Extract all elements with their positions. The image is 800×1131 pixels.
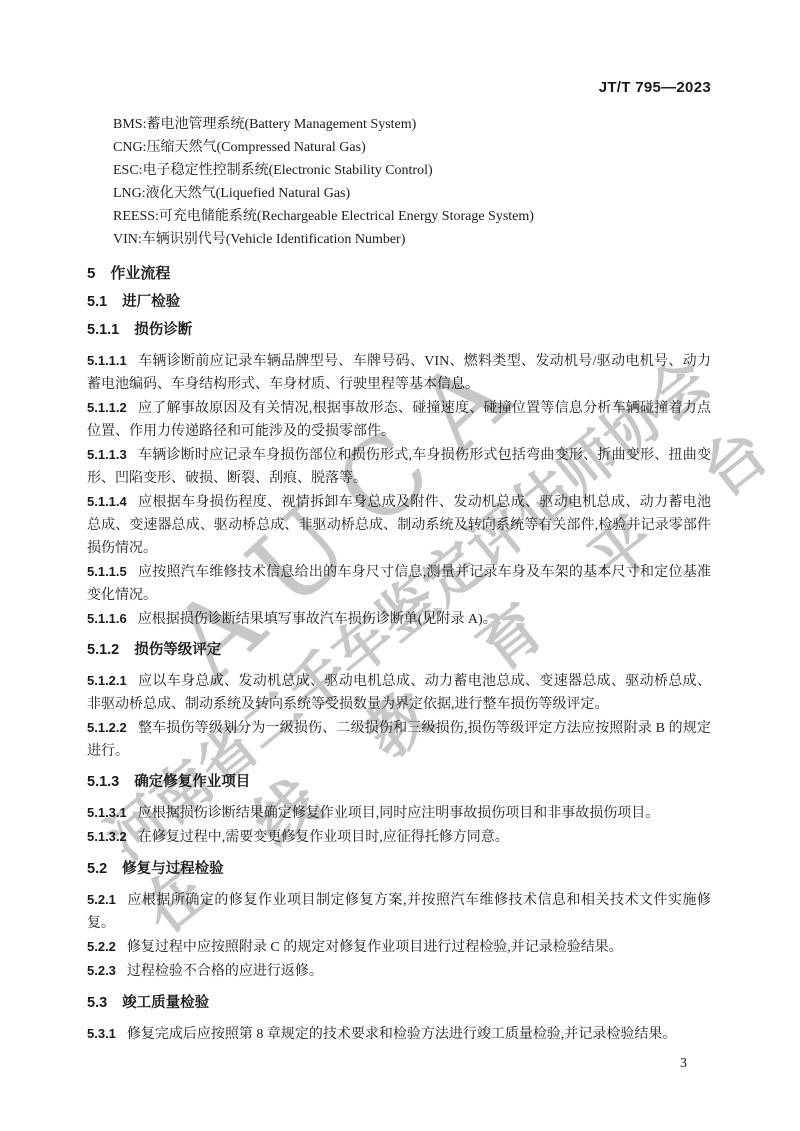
- clause-text: 整车损伤等级划分为一级损伤、二级损伤和三级损伤,损伤等级评定方法应按照附录 B …: [87, 721, 711, 759]
- clause-heading: 5.1.1损伤诊断: [87, 322, 711, 339]
- abbreviation-item: REESS:可充电储能系统(Rechargeable Electrical En…: [113, 205, 711, 228]
- clause-paragraph: 5.1.3.2在修复过程中,需要变更修复作业项目时,应征得托修方同意。: [87, 825, 711, 849]
- clause-number: 5.1.2: [87, 642, 119, 658]
- clause-number: 5.1.1.3: [87, 443, 127, 466]
- clause-number: 5.3: [87, 995, 107, 1011]
- page-number: 3: [87, 1055, 711, 1072]
- clause-text: 应根据所确定的修复作业项目制定修复方案,并按照汽车维修技术信息和相关技术文件实施…: [87, 893, 711, 931]
- clause-number: 5.1.3.2: [87, 825, 127, 848]
- abbreviation-item: CNG:压缩天然气(Compressed Natural Gas): [113, 136, 711, 159]
- abbreviation-item: VIN:车辆识别代号(Vehicle Identification Number…: [113, 228, 711, 251]
- document-page: AUCA 河南省二手车鉴定评估师协会 在线教育平台 JT/T 795—2023 …: [0, 0, 800, 1131]
- clause-text: 在修复过程中,需要变更修复作业项目时,应征得托修方同意。: [138, 830, 509, 845]
- clause-text: 进厂检验: [122, 294, 180, 310]
- abbreviation-list: BMS:蓄电池管理系统(Battery Management System)CN…: [87, 113, 711, 251]
- clause-text: 竣工质量检验: [122, 995, 209, 1011]
- clause-paragraph: 5.1.1.5应按照汽车维修技术信息给出的车身尺寸信息,测量并记录车身及车架的基…: [87, 560, 711, 607]
- clause-paragraph: 5.1.1.2应了解事故原因及有关情况,根据事故形态、碰撞速度、碰撞位置等信息分…: [87, 396, 711, 443]
- clause-number: 5: [87, 265, 95, 282]
- clause-heading: 5.1.2损伤等级评定: [87, 642, 711, 659]
- clause-paragraph: 5.2.1应根据所确定的修复作业项目制定修复方案,并按照汽车维修技术信息和相关技…: [87, 888, 711, 935]
- clause-number: 5.2: [87, 861, 107, 877]
- clause-text: 修复完成后应按照第 8 章规定的技术要求和检验方法进行竣工质量检验,并记录检验结…: [127, 1027, 677, 1042]
- clause-text: 确定修复作业项目: [134, 774, 250, 790]
- clause-number: 5.1.2.2: [87, 716, 127, 739]
- page-content: JT/T 795—2023 BMS:蓄电池管理系统(Battery Manage…: [0, 0, 800, 1072]
- clause-heading: 5作业流程: [87, 265, 711, 282]
- clause-heading: 5.1进厂检验: [87, 294, 711, 311]
- clause-heading: 5.2修复与过程检验: [87, 861, 711, 878]
- clause-number: 5.1: [87, 294, 107, 310]
- clause-heading: 5.3竣工质量检验: [87, 995, 711, 1012]
- clause-text: 作业流程: [110, 265, 170, 282]
- clause-text: 应根据损伤诊断结果确定修复作业项目,同时应注明事故损伤项目和非事故损伤项目。: [138, 806, 660, 821]
- clause-paragraph: 5.1.1.4应根据车身损伤程度、视情拆卸车身总成及附件、发动机总成、驱动电机总…: [87, 490, 711, 560]
- clause-number: 5.1.1: [87, 322, 119, 338]
- clause-number: 5.1.3.1: [87, 801, 127, 824]
- clause-paragraph: 5.1.2.1应以车身总成、发动机总成、驱动电机总成、动力蓄电池总成、变速器总成…: [87, 669, 711, 716]
- abbreviation-item: BMS:蓄电池管理系统(Battery Management System): [113, 113, 711, 136]
- clause-number: 5.1.1.4: [87, 490, 127, 513]
- clause-number: 5.3.1: [87, 1022, 116, 1045]
- clause-text: 修复与过程检验: [122, 861, 224, 877]
- clause-text: 修复过程中应按照附录 C 的规定对修复作业项目进行过程检验,并记录检验结果。: [127, 940, 623, 955]
- clause-text: 应根据车身损伤程度、视情拆卸车身总成及附件、发动机总成、驱动电机总成、动力蓄电池…: [87, 495, 711, 556]
- clause-number: 5.2.2: [87, 935, 116, 958]
- clause-number: 5.1.3: [87, 774, 119, 790]
- clause-number: 5.1.1.5: [87, 560, 127, 583]
- clause-number: 5.1.2.1: [87, 669, 127, 692]
- clause-number: 5.1.1.2: [87, 396, 127, 419]
- clause-text: 损伤诊断: [134, 322, 192, 338]
- abbreviation-item: ESC:电子稳定性控制系统(Electronic Stability Contr…: [113, 159, 711, 182]
- clause-number: 5.1.1.6: [87, 607, 127, 630]
- clause-heading: 5.1.3确定修复作业项目: [87, 774, 711, 791]
- content-sections: 5作业流程5.1进厂检验5.1.1损伤诊断5.1.1.1车辆诊断前应记录车辆品牌…: [87, 265, 711, 1046]
- clause-text: 过程检验不合格的应进行返修。: [127, 964, 323, 979]
- clause-paragraph: 5.1.1.3车辆诊断时应记录车身损伤部位和损伤形式,车身损伤形式包括弯曲变形、…: [87, 443, 711, 490]
- clause-text: 应了解事故原因及有关情况,根据事故形态、碰撞速度、碰撞位置等信息分析车辆碰撞着力…: [87, 401, 711, 439]
- clause-text: 车辆诊断前应记录车辆品牌型号、车牌号码、VIN、燃料类型、发动机号/驱动电机号、…: [87, 354, 711, 392]
- clause-text: 损伤等级评定: [134, 642, 221, 658]
- clause-text: 车辆诊断时应记录车身损伤部位和损伤形式,车身损伤形式包括弯曲变形、折曲变形、扭曲…: [87, 448, 711, 486]
- clause-paragraph: 5.1.1.6应根据损伤诊断结果填写事故汽车损伤诊断单(见附录 A)。: [87, 607, 711, 631]
- clause-paragraph: 5.1.3.1应根据损伤诊断结果确定修复作业项目,同时应注明事故损伤项目和非事故…: [87, 801, 711, 825]
- clause-paragraph: 5.1.2.2整车损伤等级划分为一级损伤、二级损伤和三级损伤,损伤等级评定方法应…: [87, 716, 711, 763]
- clause-number: 5.1.1.1: [87, 349, 127, 372]
- standard-code-header: JT/T 795—2023: [87, 79, 711, 96]
- abbreviation-item: LNG:液化天然气(Liquefied Natural Gas): [113, 182, 711, 205]
- clause-text: 应按照汽车维修技术信息给出的车身尺寸信息,测量并记录车身及车架的基本尺寸和定位基…: [87, 565, 711, 603]
- clause-paragraph: 5.2.3过程检验不合格的应进行返修。: [87, 959, 711, 983]
- clause-text: 应以车身总成、发动机总成、驱动电机总成、动力蓄电池总成、变速器总成、驱动桥总成、…: [87, 674, 711, 712]
- clause-number: 5.2.3: [87, 959, 116, 982]
- clause-paragraph: 5.3.1修复完成后应按照第 8 章规定的技术要求和检验方法进行竣工质量检验,并…: [87, 1022, 711, 1046]
- clause-paragraph: 5.2.2修复过程中应按照附录 C 的规定对修复作业项目进行过程检验,并记录检验…: [87, 935, 711, 959]
- clause-text: 应根据损伤诊断结果填写事故汽车损伤诊断单(见附录 A)。: [138, 612, 497, 627]
- clause-number: 5.2.1: [87, 888, 116, 911]
- clause-paragraph: 5.1.1.1车辆诊断前应记录车辆品牌型号、车牌号码、VIN、燃料类型、发动机号…: [87, 349, 711, 396]
